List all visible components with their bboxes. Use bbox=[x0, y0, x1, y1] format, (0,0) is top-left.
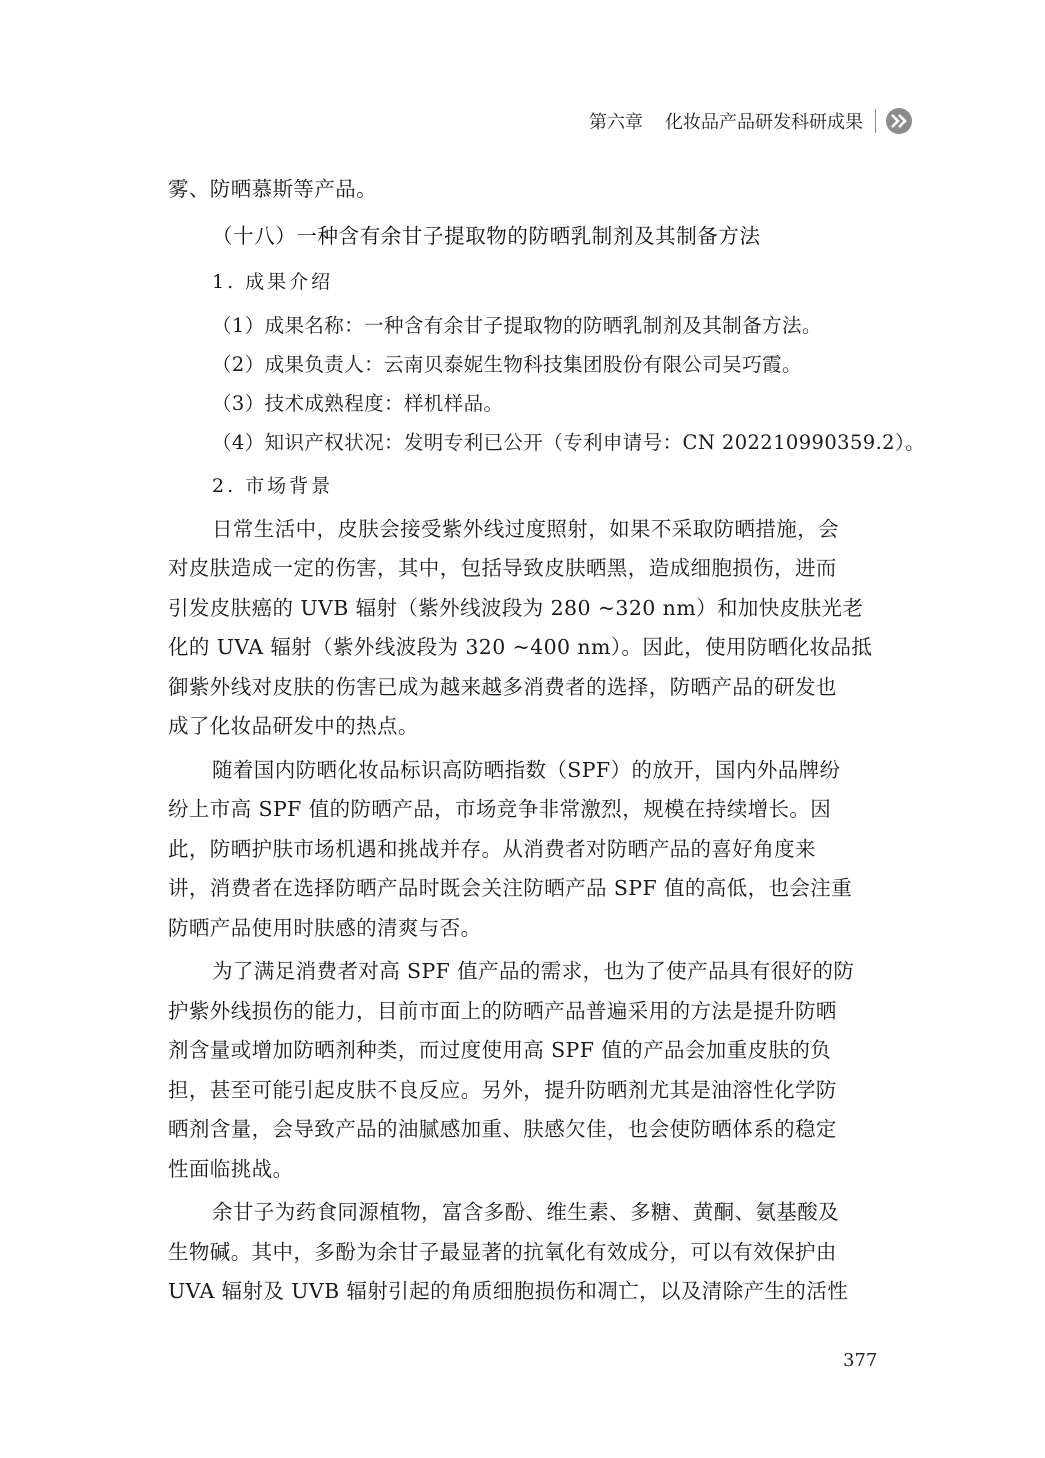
paragraph-line: 晒剂含量，会导致产品的油腻感加重、肤感欠佳，也会使防晒体系的稳定 bbox=[168, 1110, 876, 1150]
paragraph-line: 余甘子为药食同源植物，富含多酚、维生素、多糖、黄酮、氨基酸及 bbox=[168, 1193, 876, 1233]
page-number: 377 bbox=[843, 1350, 877, 1371]
header-divider bbox=[875, 109, 876, 133]
paragraph-line: 此，防晒护肤市场机遇和挑战并存。从消费者对防晒产品的喜好角度来 bbox=[168, 830, 876, 870]
chapter-title: 化妆品产品研发科研成果 bbox=[665, 108, 863, 134]
info-item-ip: （4）知识产权状况：发明专利已公开（专利申请号：CN 202210990359.… bbox=[212, 423, 876, 462]
paragraph-1: 日常生活中，皮肤会接受紫外线过度照射，如果不采取防晒措施，会 对皮肤造成一定的伤… bbox=[168, 510, 876, 747]
paragraph-line: UVA 辐射及 UVB 辐射引起的角质细胞损伤和凋亡，以及清除产生的活性 bbox=[168, 1272, 876, 1312]
info-item-maturity: （3）技术成熟程度：样机样品。 bbox=[212, 384, 876, 423]
paragraph-line: 生物碱。其中，多酚为余甘子最显著的抗氧化有效成分，可以有效保护由 bbox=[168, 1233, 876, 1273]
paragraph-line: 讲，消费者在选择防晒产品时既会关注防晒产品 SPF 值的高低，也会注重 bbox=[168, 869, 876, 909]
paragraph-line: 剂含量或增加防晒剂种类，而过度使用高 SPF 值的产品会加重皮肤的负 bbox=[168, 1031, 876, 1071]
info-item-lead: （2）成果负责人：云南贝泰妮生物科技集团股份有限公司吴巧霞。 bbox=[212, 345, 876, 384]
paragraph-line: 护紫外线损伤的能力，目前市面上的防晒产品普遍采用的方法是提升防晒 bbox=[168, 992, 876, 1032]
paragraph-2: 随着国内防晒化妆品标识高防晒指数（SPF）的放开，国内外品牌纷 纷上市高 SPF… bbox=[168, 751, 876, 949]
running-header: 第六章 化妆品产品研发科研成果 bbox=[589, 108, 912, 134]
subsection-heading-2: 2. 市场背景 bbox=[212, 466, 876, 506]
info-item-name: （1）成果名称：一种含有余甘子提取物的防晒乳制剂及其制备方法。 bbox=[212, 306, 876, 345]
paragraph-line: 化的 UVA 辐射（紫外线波段为 320 ~400 nm）。因此，使用防晒化妆品… bbox=[168, 628, 876, 668]
paragraph-line: 担，甚至可能引起皮肤不良反应。另外，提升防晒剂尤其是油溶性化学防 bbox=[168, 1071, 876, 1111]
paragraph-line: 随着国内防晒化妆品标识高防晒指数（SPF）的放开，国内外品牌纷 bbox=[168, 751, 876, 791]
continuation-line: 雾、防晒慕斯等产品。 bbox=[168, 170, 876, 210]
double-chevron-right-icon bbox=[886, 108, 912, 134]
paragraph-line: 对皮肤造成一定的伤害，其中，包括导致皮肤晒黑，造成细胞损伤，进而 bbox=[168, 549, 876, 589]
paragraph-line: 御紫外线对皮肤的伤害已成为越来越多消费者的选择，防晒产品的研发也 bbox=[168, 668, 876, 708]
chapter-number: 第六章 bbox=[589, 108, 643, 134]
paragraph-line: 纷上市高 SPF 值的防晒产品，市场竞争非常激烈，规模在持续增长。因 bbox=[168, 790, 876, 830]
page-body: 雾、防晒慕斯等产品。 （十八）一种含有余甘子提取物的防晒乳制剂及其制备方法 1.… bbox=[168, 170, 876, 1312]
subsection-heading-1: 1. 成果介绍 bbox=[212, 262, 876, 302]
paragraph-line: 日常生活中，皮肤会接受紫外线过度照射，如果不采取防晒措施，会 bbox=[168, 510, 876, 550]
paragraph-line: 成了化妆品研发中的热点。 bbox=[168, 707, 876, 747]
paragraph-4: 余甘子为药食同源植物，富含多酚、维生素、多糖、黄酮、氨基酸及 生物碱。其中，多酚… bbox=[168, 1193, 876, 1312]
paragraph-line: 性面临挑战。 bbox=[168, 1150, 876, 1190]
paragraph-line: 引发皮肤癌的 UVB 辐射（紫外线波段为 280 ~320 nm）和加快皮肤光老 bbox=[168, 589, 876, 629]
paragraph-3: 为了满足消费者对高 SPF 值产品的需求，也为了使产品具有很好的防 护紫外线损伤… bbox=[168, 952, 876, 1189]
paragraph-line: 为了满足消费者对高 SPF 值产品的需求，也为了使产品具有很好的防 bbox=[168, 952, 876, 992]
paragraph-line: 防晒产品使用时肤感的清爽与否。 bbox=[168, 909, 876, 949]
section-title: （十八）一种含有余甘子提取物的防晒乳制剂及其制备方法 bbox=[212, 224, 876, 248]
